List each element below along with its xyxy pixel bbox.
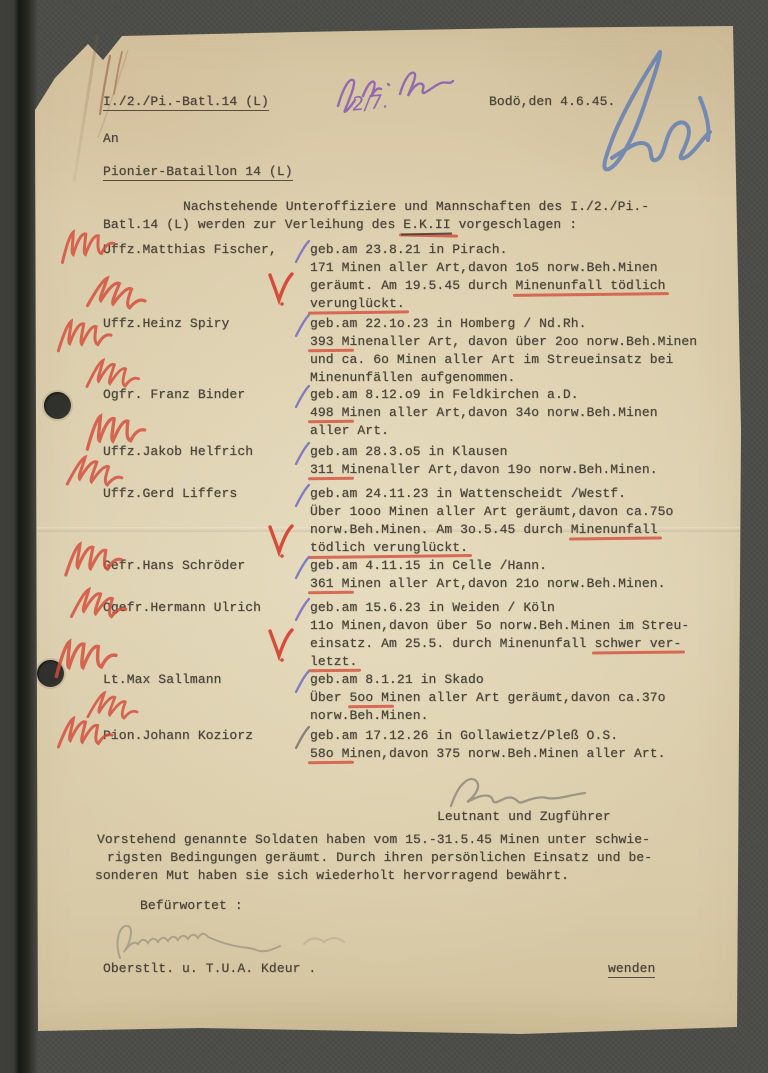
entry-detail-line: geräumt. Am 19.5.45 durch Minenunfall tö…: [310, 277, 666, 295]
text-segment: inen aller Art geräumt,davon ca.37o: [389, 690, 666, 705]
text-segment: 5oo M: [350, 690, 390, 705]
text-segment: 361 M: [310, 576, 350, 591]
intro-line-1: Nachstehende Unteroffiziere und Mannscha…: [183, 198, 649, 216]
entry-detail-line: Minenunfällen aufgenommen.: [310, 369, 697, 387]
entry-detail-line: geb.am 28.3.o5 in Klausen: [310, 443, 658, 461]
intro-line-2: Batl.14 (L) werden zur Verleihung des E.…: [103, 216, 577, 234]
text-segment: inenaller Art, davon über 2oo norw.Beh.M…: [350, 334, 698, 349]
entry-detail-lines: geb.am 23.8.21 in Pirach.171 Minen aller…: [310, 241, 666, 313]
red-scribble-mark: [59, 534, 128, 587]
entry-detail-lines: geb.am 4.11.15 in Celle /Hann.361 Minen …: [310, 557, 666, 593]
blue-pencil-signature-scribble: [572, 40, 750, 180]
closing-paragraph-line-1: Vorstehend genannte Soldaten haben vom 1…: [97, 831, 650, 849]
entry-detail-line: norw.Beh.Minen.: [310, 707, 666, 725]
entry-detail-line: tödlich verunglückt.: [310, 539, 673, 557]
check-slash-mark: [292, 555, 312, 585]
text-segment: vorgeschlagen :: [451, 217, 577, 232]
entry-detail-line: geb.am 22.1o.23 in Homberg / Nd.Rh.: [310, 315, 697, 333]
text-segment: und ca. 6o Minen aller Art im Streueinsa…: [310, 352, 673, 367]
entry-detail-lines: geb.am 17.12.26 in Gollawietz/Pleß O.S.5…: [310, 727, 666, 763]
entry-detail-lines: geb.am 8.1.21 in SkadoÜber 5oo Minen all…: [310, 671, 666, 725]
closing-paragraph-line-3: sonderen Mut haben sie sich wiederholt h…: [95, 867, 569, 885]
text-segment: geb.am 8.1.21 in Skado: [310, 672, 484, 687]
entry-detail-line: 58o Minen,davon 375 norw.Beh.Minen aller…: [310, 745, 666, 763]
entry-detail-line: geb.am 17.12.26 in Gollawietz/Pleß O.S.: [310, 727, 666, 745]
check-slash-mark: [292, 669, 312, 699]
sender-unit-line: I./2./Pi.-Batl.14 (L): [103, 93, 269, 111]
entry-detail-line: und ca. 6o Minen aller Art im Streueinsa…: [310, 351, 697, 369]
entry-detail-line: geb.am 24.11.23 in Wattenscheidt /Westf.: [310, 485, 673, 503]
recipient-text: Pionier-Bataillon 14 (L): [103, 164, 293, 181]
punch-hole-top: [44, 392, 71, 419]
text-segment: inen aller Art,davon 21o norw.Beh.Minen.: [350, 576, 666, 591]
red-check-mark: [266, 627, 296, 668]
entry-detail-line: aller Art.: [310, 422, 658, 440]
entry-detail-line: 498 Minen aller Art,davon 34o norw.Beh.M…: [310, 404, 658, 422]
check-slash-mark: [292, 313, 312, 343]
handwritten-note-date: 2/7.: [351, 90, 389, 115]
text-segment: geb.am 22.1o.23 in Homberg / Nd.Rh.: [310, 316, 587, 331]
entry-detail-line: Über 1ooo Minen aller Art geräumt,davon …: [310, 503, 673, 521]
red-scribble-mark: [83, 354, 143, 399]
text-segment: verunglückt.: [310, 296, 405, 311]
text-segment: 58o M: [310, 746, 350, 761]
text-segment: 498 M: [310, 405, 350, 420]
text-segment: 171 Minen aller Art,davon 1o5 norw.Beh.M…: [310, 260, 658, 275]
text-segment: inen,davon 375 norw.Beh.Minen aller Art.: [350, 746, 666, 761]
text-segment: geb.am 15.6.23 in Weiden / Köln: [310, 600, 555, 615]
text-segment: schwer ver-: [594, 636, 681, 651]
entry-detail-line: 361 Minen aller Art,davon 21o norw.Beh.M…: [310, 575, 666, 593]
text-segment: tödlich verunglückt.: [310, 540, 468, 555]
check-slash-mark: [292, 483, 312, 513]
text-segment: geb.am 28.3.o5 in Klausen: [310, 444, 508, 459]
entry-detail-line: 171 Minen aller Art,davon 1o5 norw.Beh.M…: [310, 259, 666, 277]
text-segment: geb.am 17.12.26 in Gollawietz/Pleß O.S.: [310, 728, 618, 743]
text-segment: Batl.14 (L) werden zur Verleihung des: [103, 217, 403, 232]
text-segment: Minenunfall tödlich: [515, 278, 665, 293]
page-turn-note: wenden: [608, 960, 655, 978]
text-segment: inen aller Art,davon 34o norw.Beh.Minen: [350, 405, 658, 420]
text-segment: aller Art.: [310, 423, 389, 438]
check-slash-mark: [292, 597, 312, 627]
entry-detail-lines: geb.am 22.1o.23 in Homberg / Nd.Rh.393 M…: [310, 315, 697, 387]
text-segment: Minenunfall: [571, 522, 658, 537]
text-segment: geräumt. Am 19.5.45 durch: [310, 278, 515, 293]
text-segment: Über: [310, 690, 350, 705]
text-segment: 393 M: [310, 334, 350, 349]
entry-detail-lines: geb.am 15.6.23 in Weiden / Köln11o Minen…: [310, 599, 689, 671]
text-segment: norw.Beh.Minen. Am 3o.5.45 durch: [310, 522, 571, 537]
text-segment: einsatz. Am 25.5. durch Minenunfall: [310, 636, 594, 651]
text-segment: inenaller Art,davon 19o norw.Beh.Minen.: [350, 462, 658, 477]
entry-detail-lines: geb.am 24.11.23 in Wattenscheidt /Westf.…: [310, 485, 673, 557]
check-slash-mark: [292, 239, 312, 269]
text-segment: geb.am 24.11.23 in Wattenscheidt /Westf.: [310, 486, 626, 501]
sender-unit-text: I./2./Pi.-Batl.14 (L): [103, 94, 269, 111]
check-slash-mark: [292, 441, 312, 471]
endorsement-label: Befürwortet :: [140, 897, 243, 915]
entry-detail-line: einsatz. Am 25.5. durch Minenunfall schw…: [310, 635, 689, 653]
scanned-document-page: { "header": { "unit_line": "I./2./Pi.-Ba…: [0, 0, 768, 1073]
entry-detail-lines: geb.am 28.3.o5 in Klausen311 Minenaller …: [310, 443, 658, 479]
red-scribble-mark: [53, 711, 117, 758]
text-segment: 311 M: [310, 462, 350, 477]
entry-detail-line: geb.am 8.1.21 in Skado: [310, 671, 666, 689]
text-segment: letzt.: [310, 654, 357, 669]
entry-detail-line: 311 Minenaller Art,davon 19o norw.Beh.Mi…: [310, 461, 658, 479]
text-segment: norw.Beh.Minen.: [310, 708, 429, 723]
text-segment: E.K.II: [403, 217, 450, 232]
red-check-mark: [266, 271, 296, 312]
signature-title: Leutnant und Zugführer: [437, 808, 611, 826]
text-segment: geb.am 4.11.15 in Celle /Hann.: [310, 558, 547, 573]
entry-name: Uffz.Matthias Fischer,: [103, 241, 277, 259]
text-segment: geb.am 23.8.21 in Pirach.: [310, 242, 508, 257]
entry-detail-line: Über 5oo Minen aller Art geräumt,davon c…: [310, 689, 666, 707]
entry-detail-line: 393 Minenaller Art, davon über 2oo norw.…: [310, 333, 697, 351]
entry-detail-line: verunglückt.: [310, 295, 666, 313]
check-slash-mark: [292, 725, 312, 755]
entry-detail-line: 11o Minen,davon über 5o norw.Beh.Minen i…: [310, 617, 689, 635]
entry-detail-line: geb.am 8.12.o9 in Feldkirchen a.D.: [310, 386, 658, 404]
text-segment: geb.am 8.12.o9 in Feldkirchen a.D.: [310, 387, 579, 402]
red-scribble-mark: [46, 627, 125, 689]
entry-detail-line: geb.am 4.11.15 in Celle /Hann.: [310, 557, 666, 575]
check-slash-mark: [292, 384, 312, 414]
red-scribble-mark: [67, 582, 131, 630]
recipient-line: Pionier-Bataillon 14 (L): [103, 163, 293, 181]
album-spine-edge: [0, 0, 38, 1073]
red-scribble-mark: [63, 450, 128, 499]
endorser-title: Oberstlt. u. T.U.A. Kdeur .: [103, 960, 316, 978]
text-segment: 11o Minen,davon über 5o norw.Beh.Minen i…: [310, 618, 689, 633]
closing-paragraph-line-2: rigsten Bedingungen geräumt. Durch ihren…: [107, 849, 652, 867]
page-turn-text: wenden: [608, 961, 655, 978]
text-segment: Über 1ooo Minen aller Art geräumt,davon …: [310, 504, 673, 519]
entry-detail-line: letzt.: [310, 653, 689, 671]
salutation: An: [103, 130, 119, 148]
entry-detail-line: geb.am 23.8.21 in Pirach.: [310, 241, 666, 259]
entry-detail-line: norw.Beh.Minen. Am 3o.5.45 durch Minenun…: [310, 521, 673, 539]
entry-detail-line: geb.am 15.6.23 in Weiden / Köln: [310, 599, 689, 617]
text-segment: Minenunfällen aufgenommen.: [310, 370, 515, 385]
entry-detail-lines: geb.am 8.12.o9 in Feldkirchen a.D.498 Mi…: [310, 386, 658, 440]
